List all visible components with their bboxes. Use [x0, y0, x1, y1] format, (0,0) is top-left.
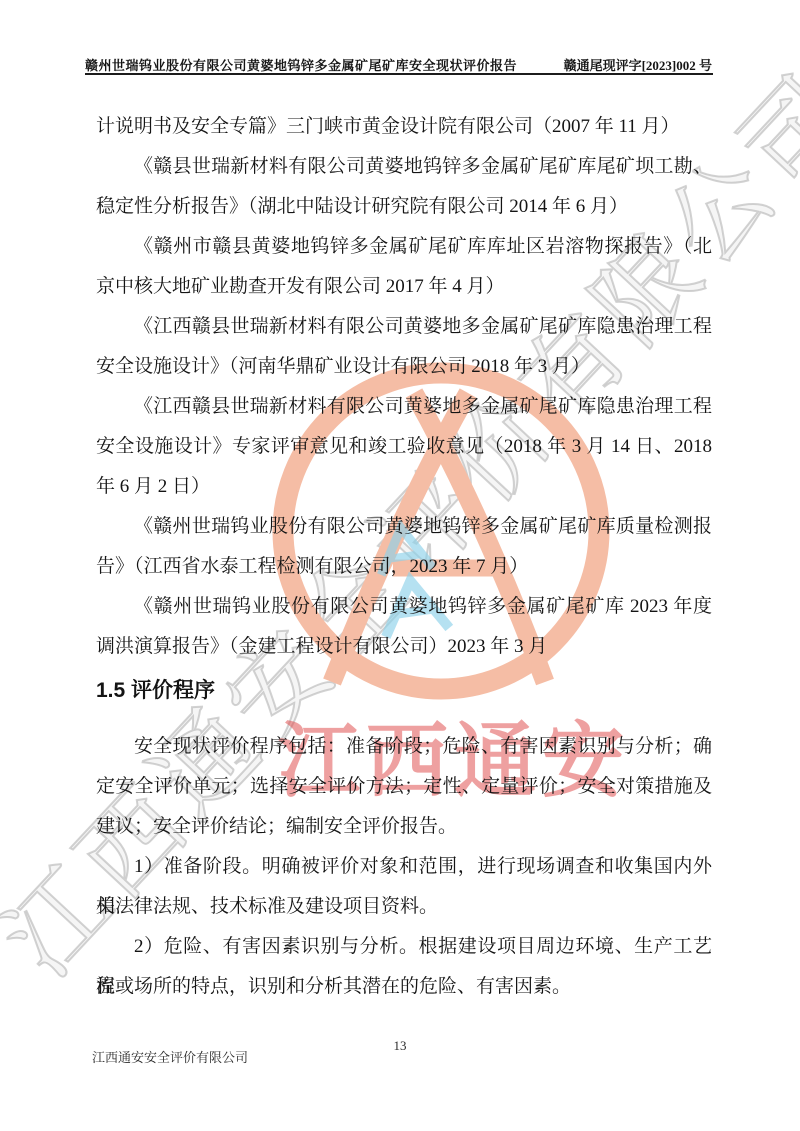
body-text-line: 建议；安全评价结论；编制安全评价报告。: [96, 807, 712, 847]
report-page: 江西通安全评价有限公司 江西通安 赣州世瑞钨业股份有限公司黄婆地钨锌多金属矿尾矿…: [0, 0, 800, 1131]
body-text-line: 《江西赣县世瑞新材料有限公司黄婆地多金属矿尾矿库隐患治理工程: [96, 307, 712, 347]
body-text-line: 1）准备阶段。明确被评价对象和范围，进行现场调查和收集国内外相: [96, 847, 712, 887]
body-text-line: 年 6 月 2 日）: [96, 467, 712, 507]
body-text-line: 计说明书及安全专篇》三门峡市黄金设计院有限公司（2007 年 11 月）: [96, 107, 712, 147]
body-text-line: 《赣州市赣县黄婆地钨锌多金属矿尾矿库库址区岩溶物探报告》（北: [96, 227, 712, 267]
body-paragraph-procedure: 安全现状评价程序包括：准备阶段；危险、有害因素识别与分析；确定安全评价单元；选择…: [96, 727, 712, 1007]
body-text-line: 安全设施设计》（河南华鼎矿业设计有限公司 2018 年 3 月）: [96, 347, 712, 387]
body-text-line: 告》（江西省水泰工程检测有限公司，2023 年 7 月）: [96, 547, 712, 587]
body-text-line: 《赣县世瑞新材料有限公司黄婆地钨锌多金属矿尾矿库尾矿坝工勘、: [96, 147, 712, 187]
body-paragraph-references: 计说明书及安全专篇》三门峡市黄金设计院有限公司（2007 年 11 月）《赣县世…: [96, 107, 712, 667]
body-text-line: 《赣州世瑞钨业股份有限公司黄婆地钨锌多金属矿尾矿库质量检测报: [96, 507, 712, 547]
body-text-line: 《赣州世瑞钨业股份有限公司黄婆地钨锌多金属矿尾矿库 2023 年度: [96, 587, 712, 627]
header-rule: [85, 73, 713, 75]
body-text-line: 调洪演算报告》（金建工程设计有限公司）2023 年 3 月: [96, 627, 712, 667]
body-text-line: 《江西赣县世瑞新材料有限公司黄婆地多金属矿尾矿库隐患治理工程: [96, 387, 712, 427]
body-text-line: 定安全评价单元；选择安全评价方法；定性、定量评价；安全对策措施及: [96, 767, 712, 807]
section-heading-1-5: 1.5 评价程序: [96, 678, 215, 704]
header-report-title: 赣州世瑞钨业股份有限公司黄婆地钨锌多金属矿尾矿库安全现状评价报告: [85, 55, 517, 74]
body-text-line: 关法律法规、技术标准及建设项目资料。: [96, 887, 712, 927]
header-doc-number: 赣通尾现评字[2023]002 号: [564, 55, 712, 74]
body-text-line: 稳定性分析报告》（湖北中陆设计研究院有限公司 2014 年 6 月）: [96, 187, 712, 227]
body-text-line: 程或场所的特点，识别和分析其潜在的危险、有害因素。: [96, 967, 712, 1007]
body-text-line: 京中核大地矿业勘查开发有限公司 2017 年 4 月）: [96, 267, 712, 307]
body-text-line: 安全现状评价程序包括：准备阶段；危险、有害因素识别与分析；确: [96, 727, 712, 767]
body-text-line: 2）危险、有害因素识别与分析。根据建设项目周边环境、生产工艺流: [96, 927, 712, 967]
footer-page-number: 13: [0, 1038, 800, 1054]
body-text-line: 安全设施设计》专家评审意见和竣工验收意见（2018 年 3 月 14 日、201…: [96, 427, 712, 467]
